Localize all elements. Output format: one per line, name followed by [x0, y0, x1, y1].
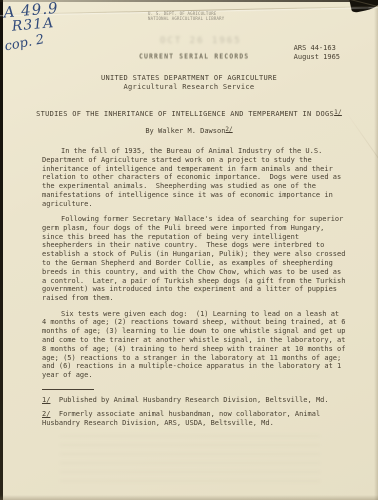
agency-division: Agricultural Research Service [0, 83, 378, 92]
current-serial-records-stamp: CURRENT SERIAL RECORDS [139, 51, 249, 60]
call-number-line-2: R31A [11, 16, 60, 35]
document-date: August 1965 [294, 53, 340, 62]
footnote-2: 2/ Formerly associate animal husbandman,… [42, 410, 346, 428]
date-stamp: OCT 26 1965 [160, 36, 242, 46]
footnote-1: 1/ Published by Animal Husbandry Researc… [42, 396, 346, 405]
byline-footnote-ref: 2/ [225, 126, 232, 133]
title-text: STUDIES OF THE INHERITANCE OF INTELLIGEN… [36, 110, 334, 118]
agency-name: UNITED STATES DEPARTMENT OF AGRICULTURE [0, 74, 378, 83]
footnote-2-text: Formerly associate animal husbandman, no… [42, 410, 324, 427]
footnote-separator [42, 389, 94, 390]
scan-edge-bottom [0, 495, 378, 500]
byline-text: By Walker M. Dawson [145, 127, 225, 135]
document-body: In the fall of 1935, the Bureau of Anima… [42, 147, 346, 433]
footnote-1-text: Published by Animal Husbandry Research D… [50, 396, 328, 404]
handwritten-call-number: A 49.9 R31A cop. 2 [3, 1, 62, 53]
library-stamp: U. S. DEPT. OF AGRICULTURE NATIONAL AGRI… [148, 12, 204, 21]
byline: By Walker M. Dawson2/ [0, 126, 378, 135]
document-title: STUDIES OF THE INHERITANCE OF INTELLIGEN… [0, 109, 378, 118]
scanned-document-page: A 49.9 R31A cop. 2 U. S. DEPT. OF AGRICU… [0, 0, 378, 500]
paragraph-1: In the fall of 1935, the Bureau of Anima… [42, 147, 346, 209]
document-id-block: ARS 44-163 August 1965 [294, 44, 340, 62]
reverse-page-showthrough [60, 435, 320, 485]
call-number-line-3: cop. 2 [3, 32, 45, 54]
title-footnote-ref: 1/ [334, 109, 342, 116]
library-stamp-line-2: NATIONAL AGRICULTURAL LIBRARY [148, 17, 204, 22]
paragraph-2: Following former Secretary Wallace's ide… [42, 215, 346, 303]
document-number: ARS 44-163 [294, 44, 340, 53]
agency-header: UNITED STATES DEPARTMENT OF AGRICULTURE … [0, 74, 378, 92]
paragraph-3: Six tests were given each dog: (1) Learn… [42, 310, 346, 380]
